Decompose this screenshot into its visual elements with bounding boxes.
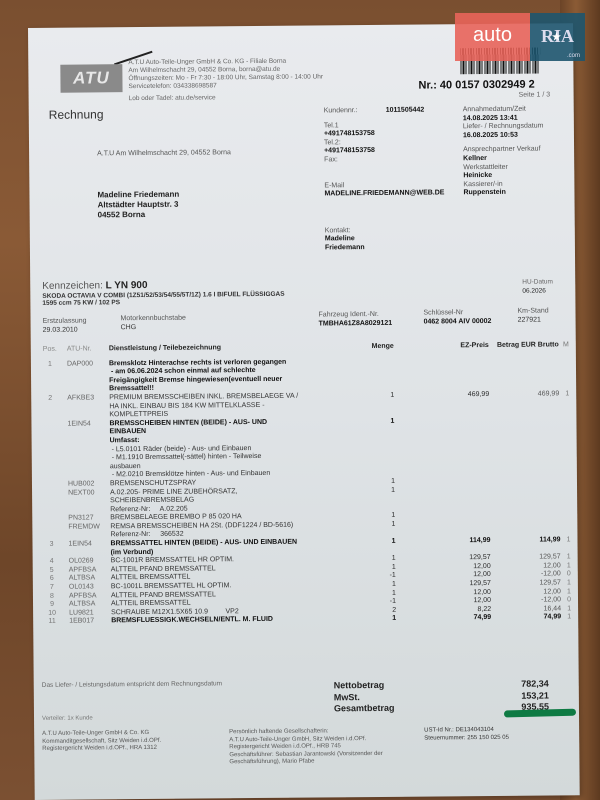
cell-mk <box>559 407 569 416</box>
cell-mk <box>559 399 569 408</box>
cell-mk <box>560 528 570 537</box>
cell-pos <box>41 549 63 558</box>
cell-ez: 74,99 <box>426 614 491 623</box>
table-header: Pos. ATU-Nr. Dienstleistung / Teilebezei… <box>39 341 569 354</box>
license-plate: Kennzeichen: L YN 900 <box>42 280 147 292</box>
cell-mk <box>561 545 571 554</box>
cell-pos: 4 <box>41 558 63 567</box>
cell-pos <box>39 369 61 378</box>
items-table: Pos. ATU-Nr. Dienstleistung / Teilebezei… <box>39 341 571 627</box>
cell-pos: 9 <box>41 601 63 610</box>
kundennr-value: 1011505442 <box>386 107 425 116</box>
vehicle-description: SKODA OCTAVIA V COMBI (1Z51/52/53/54/55/… <box>42 291 284 307</box>
fin-block: Fahrzeug Ident.-Nr. TMBHA61Z8A8029121 <box>318 311 392 329</box>
cell-mk <box>560 502 570 511</box>
footer-col-2: Persönlich haftende Gesellschafterin: A.… <box>229 728 383 767</box>
cell-pos <box>39 412 61 421</box>
cell-mk <box>560 485 570 494</box>
vehicle-engine: 1595 ccm 75 KW / 102 PS <box>42 298 284 307</box>
highlighter-mark <box>504 709 576 718</box>
cell-pos <box>39 403 61 412</box>
cell-mk: 1 <box>561 588 571 597</box>
mkb-value: CHG <box>121 323 186 332</box>
company-line: Öffnungszeiten: Mo - Fr 7:30 - 18:00 Uhr… <box>128 73 323 83</box>
hu-value: 06.2026 <box>522 286 553 295</box>
cell-mk <box>559 425 569 434</box>
plate-value: L YN 900 <box>106 280 148 291</box>
cell-mk: 1 <box>561 579 571 588</box>
footer-col-3: UST-Id Nr.: DE134043104 Steuernummer: 25… <box>424 727 509 743</box>
hu-date: HU-Datum 06.2026 <box>522 277 553 295</box>
cell-mk <box>560 476 570 485</box>
cell-pos <box>39 420 61 429</box>
cell-pos: 10 <box>41 610 63 619</box>
ez-block: Erstzulassung 29.03.2010 <box>43 318 87 336</box>
watermark-com: .com <box>567 52 580 60</box>
km-block: Km-Stand 227921 <box>517 307 548 324</box>
cell-pos: 8 <box>41 592 63 601</box>
cell-desc: BREMSFLUESSIGK.WECHSELN/ENTL. M. FLUID <box>111 616 336 627</box>
hu-label: HU-Datum <box>522 277 553 286</box>
verteiler: Verteiler: 1x Kunde <box>42 715 93 721</box>
page-indicator: Seite 1 / 3 <box>519 91 551 98</box>
fin-value: TMBHA61Z8A8029121 <box>319 319 393 328</box>
netto-value: 782,34 <box>521 678 549 690</box>
cell-pos <box>40 472 62 481</box>
key-value: 0462 8004 AIV 00002 <box>424 318 492 327</box>
cell-mk <box>560 459 570 468</box>
cell-pos: 7 <box>41 584 63 593</box>
recipient-address: Madeline Friedemann Altstädter Hauptstr.… <box>97 190 179 221</box>
cell-mk <box>560 468 570 477</box>
mwst-value: 153,21 <box>521 690 549 702</box>
footer-line: Geschäftsführung), Mario Pfabe <box>229 758 382 767</box>
cell-pos: 11 <box>41 618 63 627</box>
cell-mk: 1 <box>561 605 571 614</box>
cell-pos <box>40 532 62 541</box>
cell-mk <box>559 416 569 425</box>
cell-atu: DAP000 <box>61 360 109 369</box>
cell-mk: 0 <box>561 571 571 580</box>
header-pos: Pos. <box>39 346 61 355</box>
company-info: A.T.U Auto-Teile-Unger GmbH & Co. KG - F… <box>128 57 323 103</box>
atu-logo: ATU <box>60 64 122 93</box>
cell-mk: 1 <box>560 536 570 545</box>
header-mk: M <box>559 341 569 350</box>
recipient-name: Madeline Friedemann <box>97 190 179 201</box>
invoice-paper: ATU A.T.U Auto-Teile-Unger GmbH & Co. KG… <box>28 23 580 800</box>
invoice-number: Nr.: 40 0157 0302949 2 <box>418 79 534 92</box>
cell-atu <box>61 368 109 377</box>
cell-mk <box>559 373 569 382</box>
netto-label: Nettobetrag <box>334 680 385 692</box>
cell-qty: 1 <box>336 615 426 624</box>
cell-mk <box>560 450 570 459</box>
ez-label: Erstzulassung <box>43 318 87 327</box>
cell-pos <box>40 524 62 533</box>
header-desc: Dienstleistung / Teilebezeichnung <box>109 343 334 354</box>
cell-pos <box>40 489 62 498</box>
kasse-value: Ruppenstein <box>463 189 573 199</box>
cell-mk: 1 <box>559 390 569 399</box>
cell-pos <box>40 463 62 472</box>
cell-pos <box>40 438 62 447</box>
cell-mk <box>559 364 569 373</box>
header-atu: ATU-Nr. <box>61 345 109 354</box>
cell-atu <box>61 377 109 386</box>
km-label: Km-Stand <box>517 307 548 316</box>
company-line: Servicetelefon: 034338698587 <box>128 81 323 91</box>
cell-mk <box>560 519 570 528</box>
sender-line: A.T.U Am Wilhelmschacht 29, 04552 Borna <box>97 149 231 157</box>
mkb-label: Motorkennbuchstabe <box>121 315 186 324</box>
page-title: Rechnung <box>49 107 104 121</box>
footer-col-1: A.T.U Auto-Teile-Unger GmbH & Co. KG Kom… <box>42 730 161 754</box>
cell-atu <box>61 386 109 395</box>
star-icon: ★ <box>552 15 561 61</box>
mkb-block: Motorkennbuchstabe CHG <box>121 315 187 333</box>
cell-pos: 1 <box>39 360 61 369</box>
cell-mk <box>560 493 570 502</box>
customer-info: Kundennr.:1011505442 Tel.1 +491748153758… <box>324 106 485 253</box>
header-sum: Betrag EUR Brutto <box>489 341 559 350</box>
cell-mk: 1 <box>561 562 571 571</box>
plate-label: Kennzeichen: <box>42 280 103 292</box>
watermark-auto: auto <box>455 13 530 61</box>
cell-pos <box>40 481 62 490</box>
delivery-note: Das Liefer- / Leistungsdatum entspricht … <box>42 680 222 689</box>
gesamt-label: Gesamtbetrag <box>334 703 395 715</box>
cell-pos <box>39 386 61 395</box>
cell-pos <box>40 506 62 515</box>
kontakt-value: Friedemann <box>325 243 485 253</box>
cell-mk <box>560 442 570 451</box>
cell-pos: 6 <box>41 575 63 584</box>
cell-mk: 0 <box>561 597 571 606</box>
cell-pos <box>40 498 62 507</box>
header-qty: Menge <box>334 343 424 352</box>
table-body: 1DAP000Bremsklotz Hinterachse rechts ist… <box>39 356 571 627</box>
recipient-city: 04552 Borna <box>98 210 180 221</box>
cell-pos <box>40 429 62 438</box>
mwst-label: MwSt. <box>334 692 360 704</box>
cell-mk: 1 <box>561 554 571 563</box>
watermark-ria: ★ RIA .com <box>530 13 585 61</box>
km-value: 227921 <box>518 316 549 325</box>
cell-pos: 2 <box>39 395 61 404</box>
kundennr-label: Kundennr.: <box>324 107 386 116</box>
key-block: Schlüssel-Nr 0462 8004 AIV 00002 <box>423 309 491 327</box>
cell-mk <box>559 382 569 391</box>
cell-pos <box>40 446 62 455</box>
cell-mk: 1 <box>561 614 571 623</box>
date-info: Annahmedatum/Zeit 14.08.2025 13:41 Liefe… <box>463 105 574 198</box>
cell-pos: 5 <box>41 567 63 576</box>
header-ez: EZ-Preis <box>424 342 489 351</box>
cell-mk <box>560 511 570 520</box>
cell-mk <box>559 356 569 365</box>
recipient-street: Altstädter Hauptstr. 3 <box>98 200 180 211</box>
cell-atu: 1EB017 <box>63 618 111 627</box>
cell-pos: 3 <box>40 541 62 550</box>
autoria-watermark: auto ★ RIA .com <box>455 13 585 63</box>
cell-pos <box>40 515 62 524</box>
footer-line: Steuernummer: 255 150 025 05 <box>424 734 509 742</box>
feedback-line: Lob oder Tadel: atu.de/service <box>129 93 324 103</box>
cell-pos <box>39 378 61 387</box>
cell-pos <box>40 455 62 464</box>
cell-mk <box>560 433 570 442</box>
ez-value: 29.03.2010 <box>43 326 87 335</box>
footer-line: Registergericht Weiden i.d.OPf., HRA 131… <box>42 745 161 754</box>
cell-sum: 74,99 <box>491 614 561 623</box>
